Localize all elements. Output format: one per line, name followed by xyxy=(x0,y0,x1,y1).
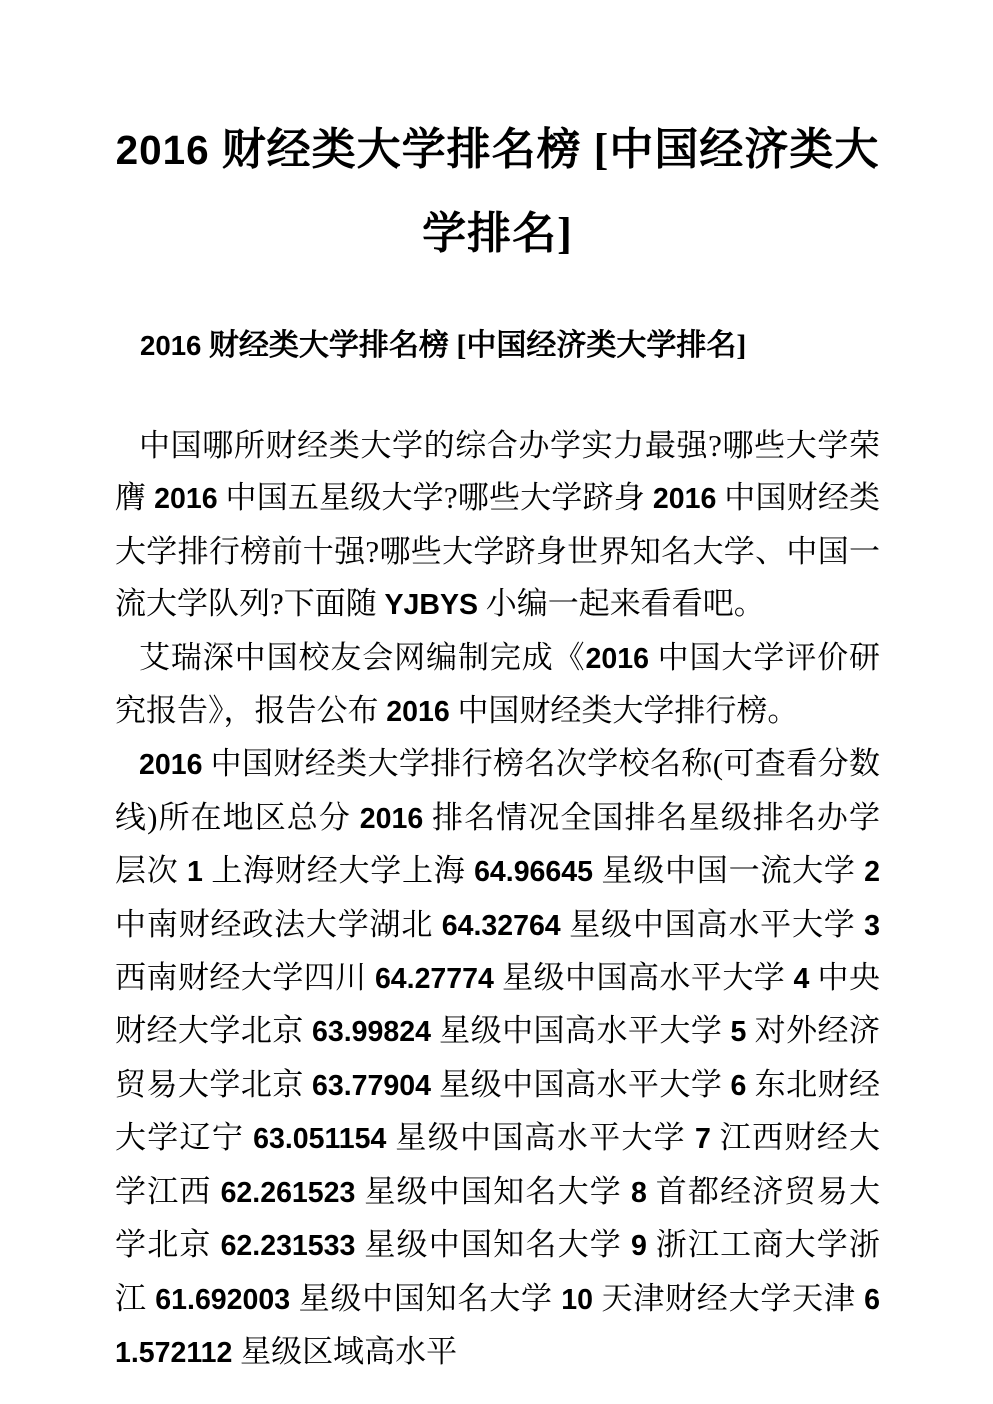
document-subtitle: 2016 财经类大学排名榜 [中国经济类大学排名] xyxy=(140,320,880,372)
document-page: 2016 财经类大学排名榜 [中国经济类大学排名] 2016 财经类大学排名榜 … xyxy=(0,0,993,1404)
paragraph-report: 艾瑞深中国校友会网编制完成《2016 中国大学评价研究报告》，报告公布 2016… xyxy=(115,632,880,739)
paragraph-intro: 中国哪所财经类大学的综合办学实力最强?哪些大学荣膺 2016 中国五星级大学?哪… xyxy=(115,420,880,632)
document-title: 2016 财经类大学排名榜 [中国经济类大学排名] xyxy=(115,108,880,276)
document-body: 中国哪所财经类大学的综合办学实力最强?哪些大学荣膺 2016 中国五星级大学?哪… xyxy=(115,420,880,1379)
paragraph-ranking-list: 2016 中国财经类大学排行榜名次学校名称(可查看分数线)所在地区总分 2016… xyxy=(115,738,880,1379)
